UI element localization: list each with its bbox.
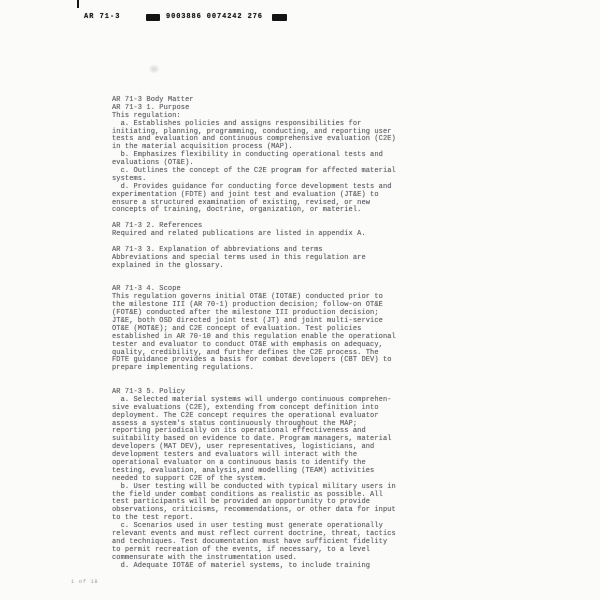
text-line: concepts of training, doctrine, organiza… bbox=[112, 207, 532, 215]
scanned-document-page: AR 71-3 9003886 0074242 276 AR 71-3 Body… bbox=[0, 0, 600, 600]
document-header: AR 71-3 9003886 0074242 276 bbox=[0, 0, 600, 28]
text-line bbox=[112, 373, 532, 381]
redaction-block-left bbox=[146, 14, 160, 21]
page-number: 1 of 18 bbox=[71, 578, 98, 585]
text-line: c. Outlines the concept of the C2E progr… bbox=[112, 168, 532, 176]
document-serial-number: 9003886 0074242 276 bbox=[166, 13, 263, 21]
document-body: AR 71-3 Body MatterAR 71-3 1. PurposeThi… bbox=[112, 97, 532, 570]
redaction-block-right bbox=[272, 14, 287, 21]
text-line: d. Adequate IOT&E of materiel systems, t… bbox=[112, 563, 532, 571]
scan-artifact bbox=[148, 64, 160, 74]
text-line: prepare implementing regulations. bbox=[112, 365, 532, 373]
text-line bbox=[112, 271, 532, 279]
document-code: AR 71-3 bbox=[84, 13, 120, 21]
text-line: explained in the glossary. bbox=[112, 263, 532, 271]
text-line: Required and related publications are li… bbox=[112, 231, 532, 239]
